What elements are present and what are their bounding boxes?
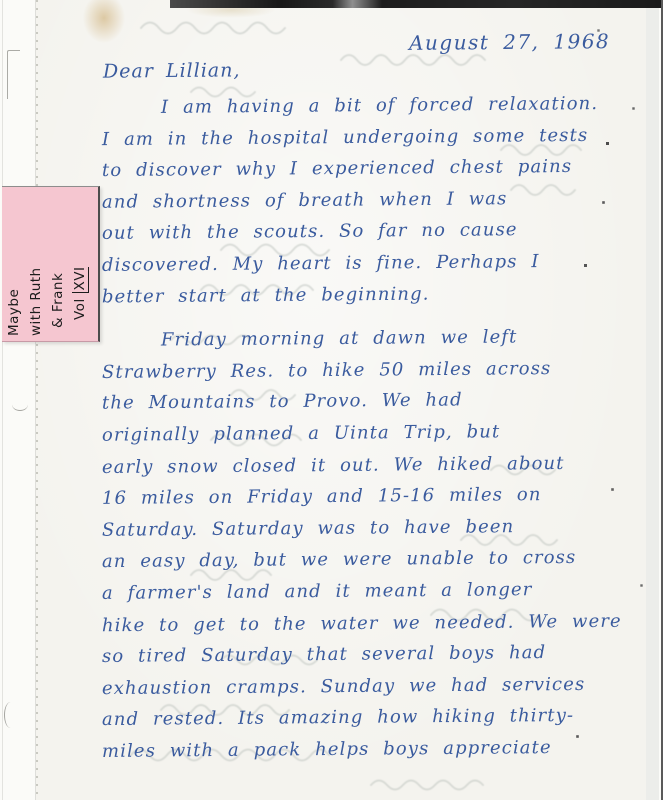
scan-shadow-bar	[170, 0, 663, 8]
letter-line: miles with a pack helps boys appreciate	[102, 737, 552, 762]
letter-line: Friday morning at dawn we left	[161, 327, 518, 351]
letter-line: hike to get to the water we needed. We w…	[102, 610, 622, 636]
letter-line: early snow closed it out. We hiked about	[102, 453, 565, 478]
letter-line: a farmer's land and it meant a longer	[102, 579, 533, 604]
letter-salutation: Dear Lillian,	[103, 59, 241, 82]
letter-paper: August 27, 1968 Dear Lillian, I am havin…	[35, 0, 648, 800]
sticky-note-line: with Ruth	[25, 190, 47, 338]
letter-line: so tired Saturday that several boys had	[102, 642, 546, 667]
letter-line: out with the scouts. So far no cause	[102, 220, 518, 245]
sticky-note-volume: Vol XVI	[69, 190, 91, 338]
sticky-note-line: & Frank	[47, 190, 69, 338]
volume-prefix: Vol	[72, 298, 88, 320]
letter-line: I am in the hospital undergoing some tes…	[102, 124, 588, 149]
sticky-note-text: Maybe with Ruth & Frank Vol XVI	[3, 190, 97, 338]
letter-line: and shortness of breath when I was	[102, 188, 508, 213]
letter-line: exhaustion cramps. Sunday we had service…	[102, 674, 585, 699]
letter-line: I am having a bit of forced relaxation.	[161, 93, 598, 118]
letter-line: Saturday. Saturday was to have been	[102, 516, 514, 541]
sticky-note: Maybe with Ruth & Frank Vol XVI	[2, 186, 100, 342]
letter-line: to discover why I experienced chest pain…	[102, 156, 572, 181]
pencil-mark	[4, 702, 17, 728]
pencil-mark	[12, 398, 28, 411]
letter-line: better start at the beginning.	[102, 283, 430, 307]
pencil-mark	[7, 50, 20, 99]
paper-perforated-edge	[36, 0, 38, 800]
scanned-letter-page: August 27, 1968 Dear Lillian, I am havin…	[0, 0, 663, 800]
scanner-edge-strip	[646, 0, 659, 800]
letter-line: the Mountains to Provo. We had	[102, 390, 463, 414]
letter-line: 16 miles on Friday and 15-16 miles on	[102, 484, 542, 509]
dust-specks	[0, 0, 1, 1]
letter-line: originally planned a Uinta Trip, but	[102, 421, 500, 445]
letter-line: Strawberry Res. to hike 50 miles across	[102, 358, 552, 383]
volume-number: XVI	[72, 267, 89, 294]
sticky-note-line: Maybe	[3, 190, 25, 338]
letter-date: August 27, 1968	[409, 29, 610, 55]
letter-line: discovered. My heart is fine. Perhaps I	[102, 251, 540, 276]
